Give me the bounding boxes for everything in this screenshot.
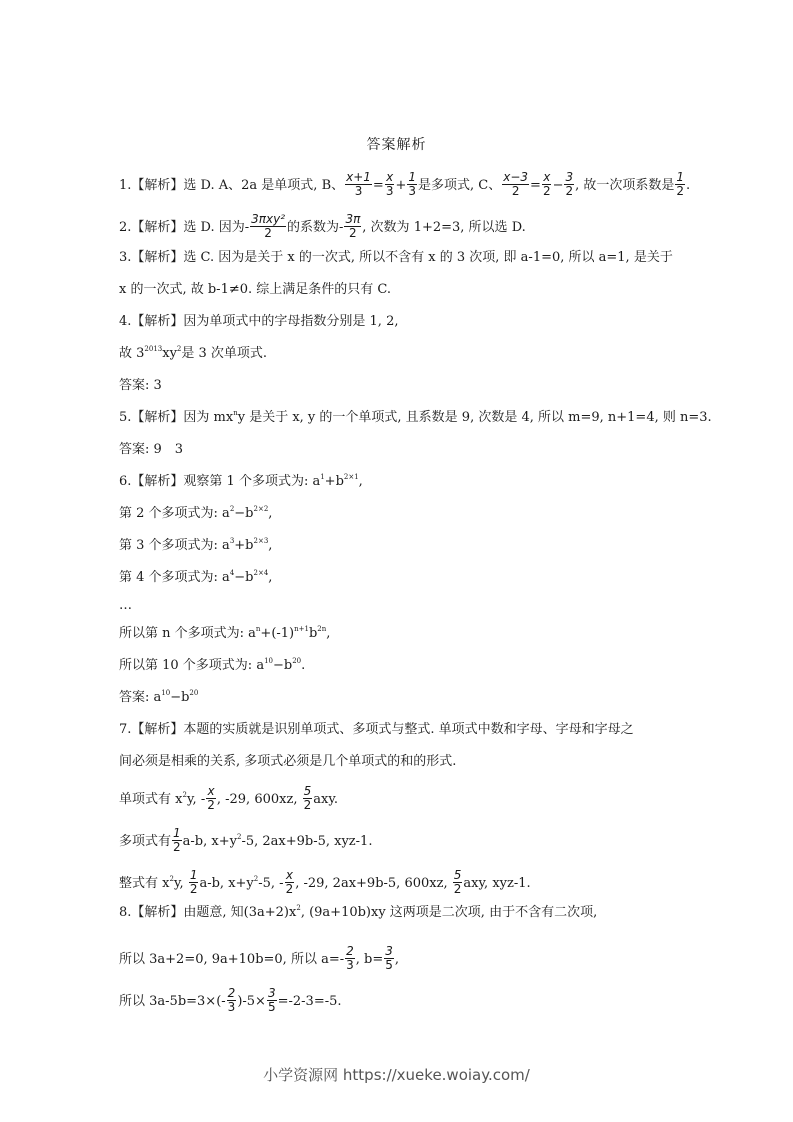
fraction: 52 — [303, 785, 313, 812]
denominator: 2 — [206, 799, 216, 812]
text: −b — [234, 506, 253, 521]
numerator: 3 — [267, 987, 277, 1001]
exponent: 20 — [189, 689, 198, 697]
text: , — [268, 538, 272, 553]
exponent: 2n — [317, 625, 326, 633]
answer-3-line-1: 3.【解析】选 C. 因为是关于 x 的一次式, 所以不含有 x 的 3 次项,… — [119, 249, 673, 267]
denominator: 2 — [675, 185, 685, 198]
numerator: x — [285, 869, 294, 883]
fraction: x+13 — [345, 171, 372, 198]
text: +(-1) — [260, 626, 294, 641]
text: 6.【解析】观察第 1 个多项式为: a — [119, 474, 320, 489]
text: +b — [325, 474, 344, 489]
text: 所以 3a+2=0, 9a+10b=0, 所以 a=- — [119, 952, 344, 967]
text: 是 3 次单项式. — [181, 346, 267, 361]
fraction: x2 — [285, 869, 295, 896]
text: = — [373, 178, 384, 193]
numerator: 3 — [564, 171, 574, 185]
fraction: 13 — [407, 171, 417, 198]
exponent: 2013 — [144, 345, 162, 353]
exponent: n+1 — [294, 625, 309, 633]
numerator: 3π — [344, 213, 361, 227]
answer-6-line-4: 第 4 个多项式为: a4−b2×4, — [119, 569, 272, 587]
answer-1: 1.【解析】选 D. A、2a 是单项式, B、x+13=x3+13是多项式, … — [119, 172, 690, 199]
text: -5, - — [258, 876, 283, 891]
answer-6-line-2: 第 2 个多项式为: a2−b2×2, — [119, 505, 272, 523]
fraction: x2 — [542, 171, 552, 198]
numerator: 5 — [453, 869, 463, 883]
exponent: 10 — [264, 657, 273, 665]
numerator: 1 — [675, 171, 685, 185]
answer-7-polynomials: 多项式有12a-b, x+y2-5, 2ax+9b-5, xyz-1. — [119, 828, 372, 855]
text: , — [326, 626, 330, 641]
text: = — [530, 178, 541, 193]
answer-7-integral-expressions: 整式有 x2y, 12a-b, x+y2-5, -x2, -29, 2ax+9b… — [119, 870, 531, 897]
denominator: 2 — [303, 799, 313, 812]
text: , b= — [356, 952, 383, 967]
text: 第 4 个多项式为: a — [119, 570, 230, 585]
text: +b — [234, 538, 253, 553]
text: y, - — [187, 792, 205, 807]
text: −b — [170, 690, 189, 705]
numerator: 3 — [384, 945, 394, 959]
text: axy, xyz-1. — [463, 876, 530, 891]
numerator: 1 — [189, 869, 199, 883]
denominator: 5 — [384, 959, 394, 972]
text: 是多项式, C、 — [418, 178, 501, 193]
denominator: 2 — [263, 227, 273, 240]
numerator: x — [542, 171, 551, 185]
text: −b — [234, 570, 253, 585]
text: , -29, 2ax+9b-5, 600xz, — [295, 876, 452, 891]
exponent: 2×1 — [344, 473, 359, 481]
text: . — [686, 178, 690, 193]
exponent: 10 — [161, 689, 170, 697]
text: − — [553, 178, 564, 193]
text: 单项式有 x — [119, 792, 182, 807]
fraction: 23 — [227, 987, 237, 1014]
text: , — [395, 952, 399, 967]
text: a-b, x+y — [183, 834, 237, 849]
text: 所以第 n 个多项式为: a — [119, 626, 256, 641]
text: 1.【解析】选 D. A、2a 是单项式, B、 — [119, 178, 344, 193]
denominator: 3 — [227, 1001, 237, 1014]
denominator: 3 — [385, 185, 395, 198]
denominator: 2 — [511, 185, 521, 198]
text: 故 3 — [119, 346, 144, 361]
answer-4-line-2: 故 32013xy2是 3 次单项式. — [119, 345, 267, 363]
denominator: 3 — [345, 959, 355, 972]
fraction: 3πxy²2 — [250, 213, 286, 240]
text: )-5× — [237, 994, 266, 1009]
text: y 是关于 x, y 的一个单项式, 且系数是 9, 次数是 4, 所以 m=9… — [238, 410, 712, 425]
text: 2.【解析】选 D. 因为- — [119, 220, 249, 235]
fraction: 35 — [267, 987, 277, 1014]
answer-3-line-2: x 的一次式, 故 b-1≠0. 综上满足条件的只有 C. — [119, 281, 391, 299]
answer-8-line-3: 所以 3a-5b=3×(-23)-5×35=-2-3=-5. — [119, 988, 342, 1015]
text: a-b, x+y — [199, 876, 253, 891]
answer-7-monomials: 单项式有 x2y, -x2, -29, 600xz, 52axy. — [119, 786, 338, 813]
text: axy. — [313, 792, 338, 807]
text: , — [268, 570, 272, 585]
denominator: 2 — [564, 185, 574, 198]
answer-5-result: 答案: 9 3 — [119, 441, 183, 459]
text: , 故一次项系数是 — [575, 178, 674, 193]
answer-8-line-2: 所以 3a+2=0, 9a+10b=0, 所以 a=-23, b=35, — [119, 946, 399, 973]
fraction: 12 — [675, 171, 685, 198]
exponent: 20 — [292, 657, 301, 665]
text: 第 2 个多项式为: a — [119, 506, 230, 521]
text: y, — [174, 876, 188, 891]
fraction: 35 — [384, 945, 394, 972]
text: 第 3 个多项式为: a — [119, 538, 230, 553]
text: 所以第 10 个多项式为: a — [119, 658, 264, 673]
numerator: x+1 — [345, 171, 372, 185]
denominator: 3 — [407, 185, 417, 198]
numerator: x — [385, 171, 394, 185]
answer-7-line-1: 7.【解析】本题的实质就是识别单项式、多项式与整式. 单项式中数和字母、字母和字… — [119, 721, 634, 739]
ellipsis: … — [119, 597, 132, 615]
text: 的系数为- — [287, 220, 343, 235]
denominator: 2 — [348, 227, 358, 240]
text: , — [268, 506, 272, 521]
text: =-2-3=-5. — [278, 994, 342, 1009]
answer-7-line-2: 间必须是相乘的关系, 多项式必须是几个单项式的和的形式. — [119, 753, 456, 771]
text: . — [301, 658, 305, 673]
numerator: 2 — [345, 945, 355, 959]
fraction: x−32 — [502, 171, 529, 198]
text: -5, 2ax+9b-5, xyz-1. — [241, 834, 372, 849]
fraction: 12 — [189, 869, 199, 896]
denominator: 2 — [542, 185, 552, 198]
answer-4-line-1: 4.【解析】因为单项式中的字母指数分别是 1, 2, — [119, 313, 398, 331]
answer-4-result: 答案: 3 — [119, 377, 162, 395]
fraction: 3π2 — [344, 213, 361, 240]
answer-6-line-1: 6.【解析】观察第 1 个多项式为: a1+b2×1, — [119, 473, 363, 491]
exponent: 2×3 — [254, 537, 269, 545]
text: 所以 3a-5b=3×(- — [119, 994, 226, 1009]
numerator: 1 — [172, 827, 182, 841]
answer-5-line-1: 5.【解析】因为 mxny 是关于 x, y 的一个单项式, 且系数是 9, 次… — [119, 409, 712, 427]
numerator: x−3 — [502, 171, 529, 185]
denominator: 2 — [172, 841, 182, 854]
fraction: x3 — [385, 171, 395, 198]
answer-2: 2.【解析】选 D. 因为-3πxy²2的系数为-3π2, 次数为 1+2=3,… — [119, 214, 526, 241]
text: + — [395, 178, 406, 193]
fraction: 52 — [453, 869, 463, 896]
text: −b — [273, 658, 292, 673]
fraction: 32 — [564, 171, 574, 198]
exponent: 2×2 — [254, 505, 269, 513]
text: 8.【解析】由题意, 知(3a+2)x — [119, 905, 296, 920]
text: xy — [162, 346, 177, 361]
fraction: x2 — [206, 785, 216, 812]
text: , (9a+10b)xy 这两项是二次项, 由于不含有二次项, — [301, 905, 597, 920]
numerator: 5 — [303, 785, 313, 799]
numerator: 2 — [227, 987, 237, 1001]
text: , -29, 600xz, — [217, 792, 302, 807]
denominator: 2 — [189, 883, 199, 896]
text: 5.【解析】因为 mx — [119, 410, 233, 425]
fraction: 23 — [345, 945, 355, 972]
text: , — [359, 474, 363, 489]
fraction: 12 — [172, 827, 182, 854]
answer-6-line-6: 所以第 10 个多项式为: a10−b20. — [119, 657, 305, 675]
answer-6-result: 答案: a10−b20 — [119, 689, 198, 707]
numerator: 1 — [407, 171, 417, 185]
text: 多项式有 — [119, 834, 171, 849]
text: 答案: a — [119, 690, 161, 705]
answer-8-line-1: 8.【解析】由题意, 知(3a+2)x2, (9a+10b)xy 这两项是二次项… — [119, 904, 597, 922]
text: 整式有 x — [119, 876, 169, 891]
denominator: 3 — [354, 185, 364, 198]
denominator: 5 — [267, 1001, 277, 1014]
exponent: 2×4 — [254, 569, 269, 577]
page-title: 答案解析 — [0, 134, 793, 154]
footer-watermark: 小学资源网 https://xueke.woiay.com/ — [0, 1064, 793, 1085]
text: , 次数为 1+2=3, 所以选 D. — [362, 220, 525, 235]
numerator: x — [206, 785, 215, 799]
denominator: 2 — [453, 883, 463, 896]
numerator: 3πxy² — [250, 213, 286, 227]
denominator: 2 — [285, 883, 295, 896]
answer-6-line-3: 第 3 个多项式为: a3+b2×3, — [119, 537, 272, 555]
answer-6-line-5: 所以第 n 个多项式为: an+(-1)n+1b2n, — [119, 625, 330, 643]
